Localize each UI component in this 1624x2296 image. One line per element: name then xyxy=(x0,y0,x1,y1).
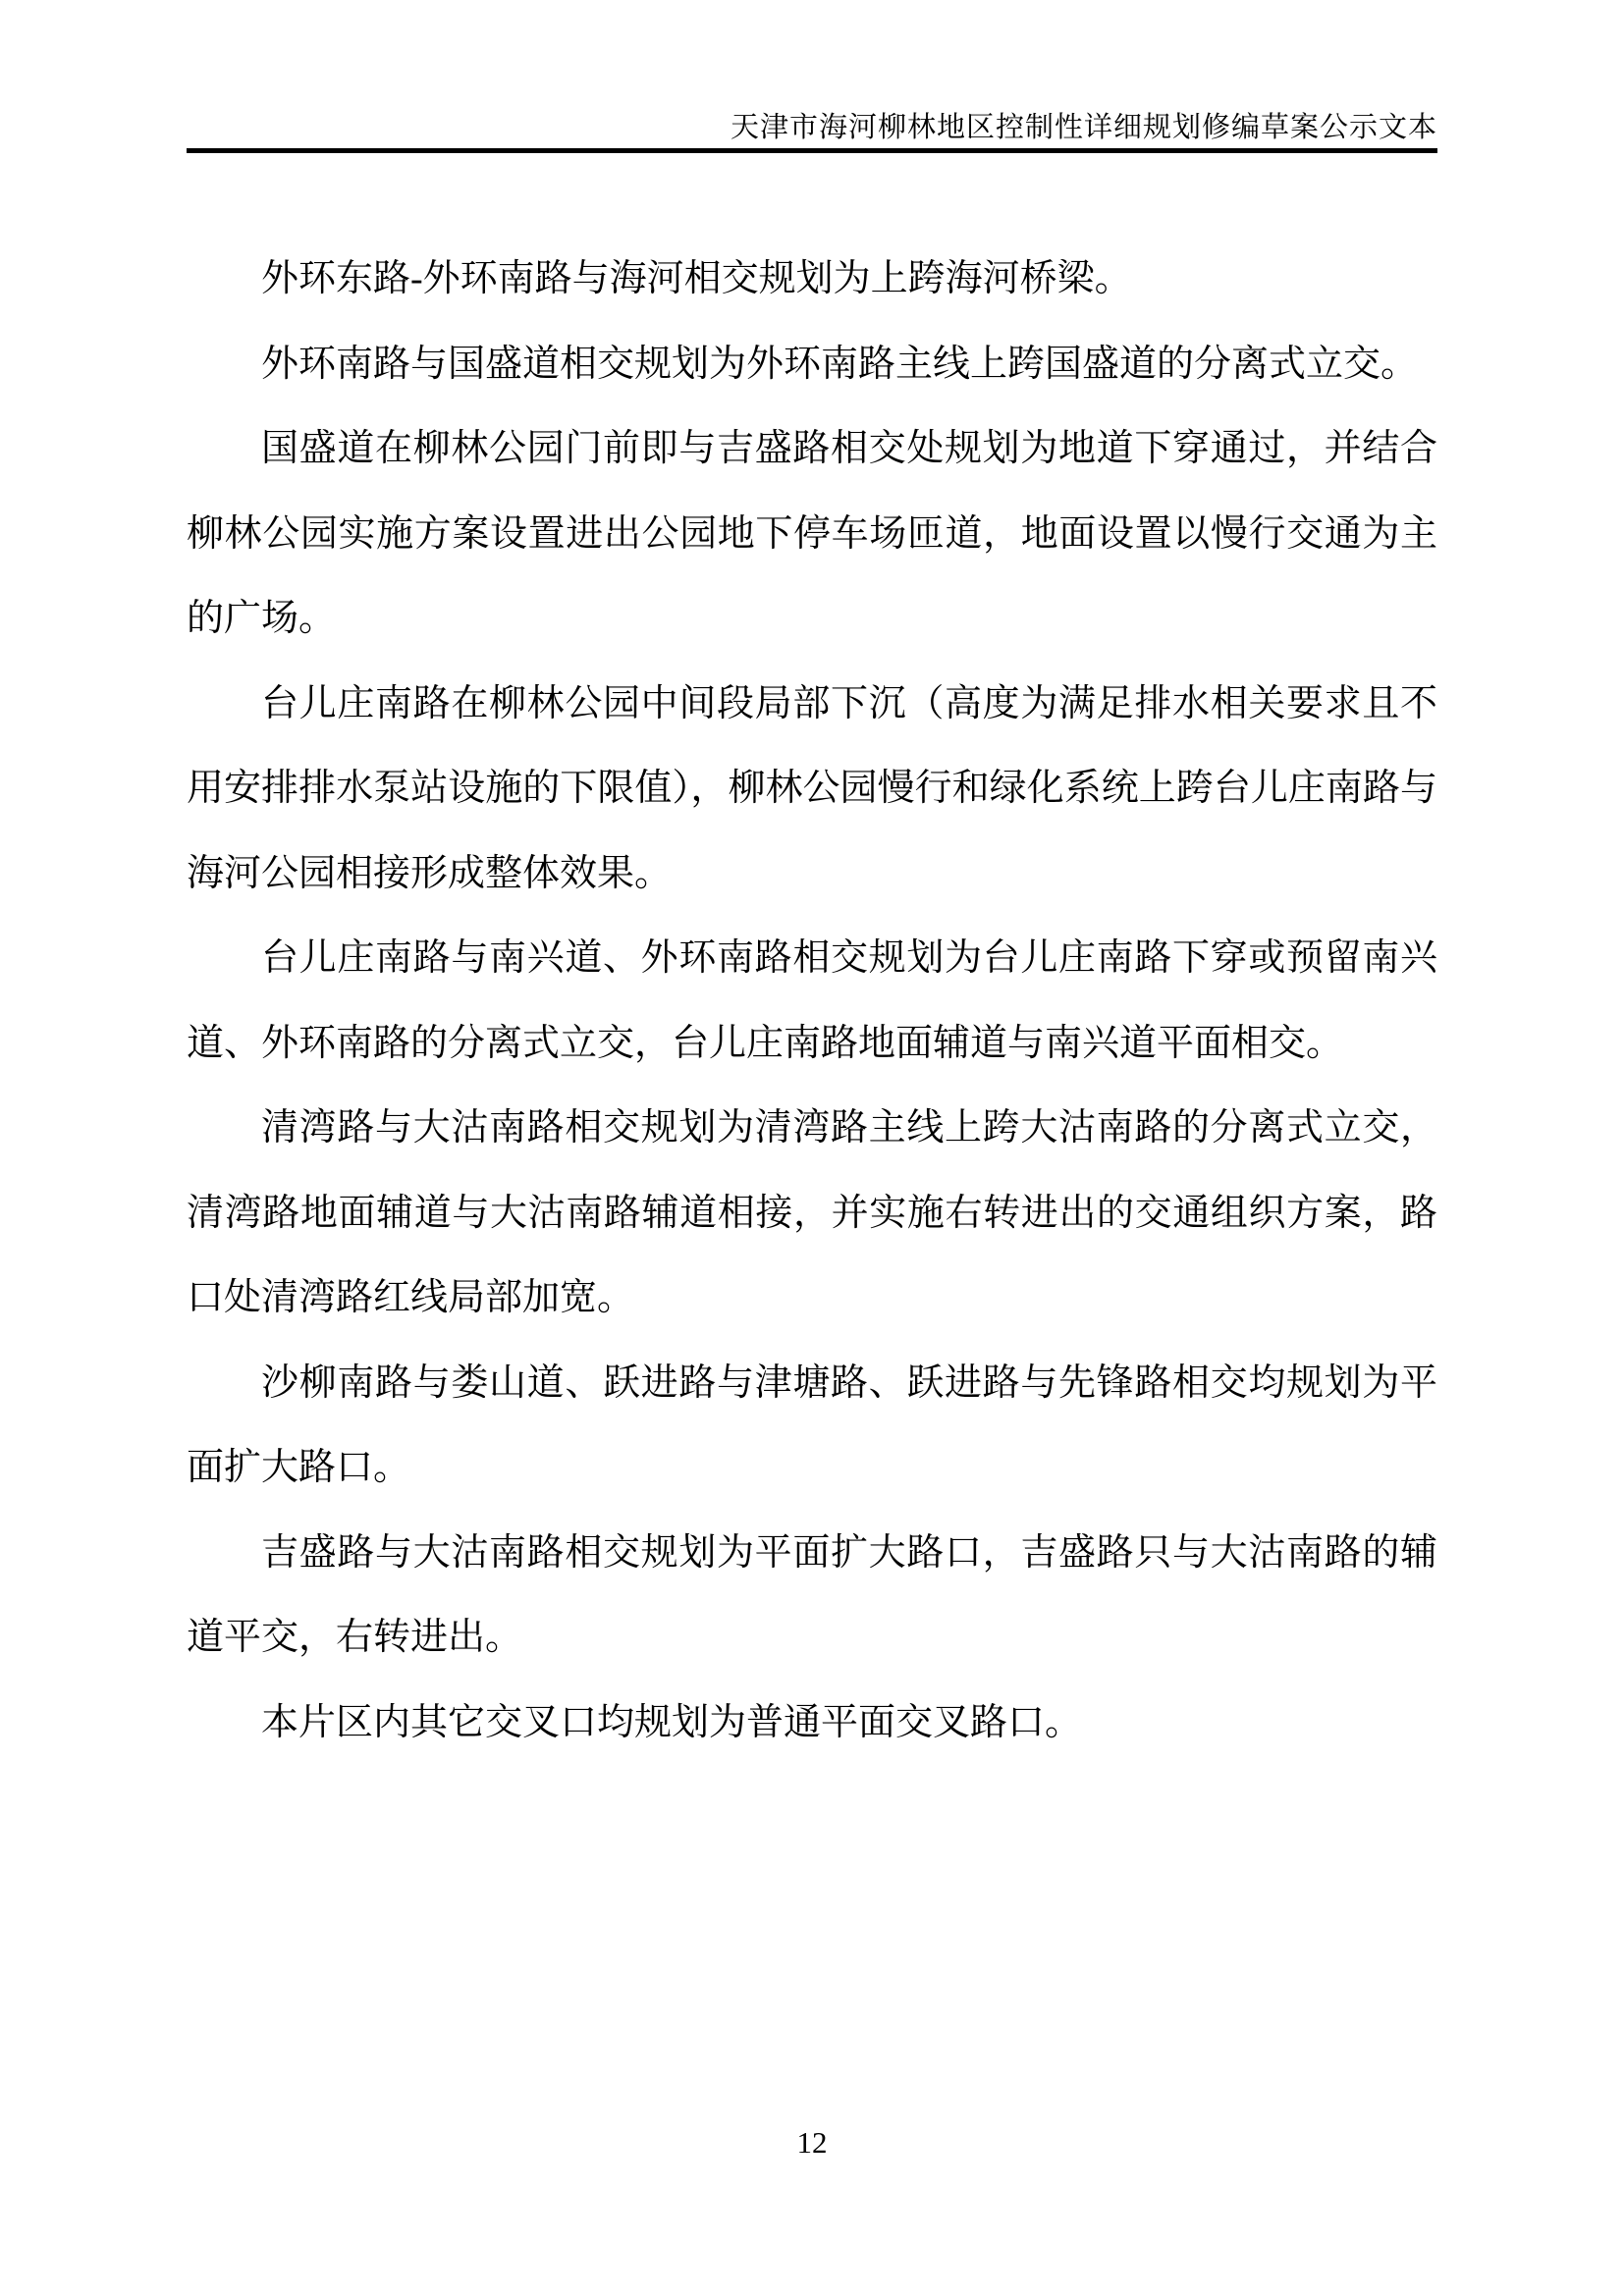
body-paragraph: 台儿庄南路在柳林公园中间段局部下沉（高度为满足排水相关要求且不用安排排水泵站设施… xyxy=(187,662,1437,917)
document-page: 天津市海河柳林地区控制性详细规划修编草案公示文本 外环东路-外环南路与海河相交规… xyxy=(0,0,1624,2296)
page-number: 12 xyxy=(0,2123,1624,2163)
header-rule xyxy=(187,148,1437,153)
body-paragraph: 本片区内其它交叉口均规划为普通平面交叉路口。 xyxy=(187,1681,1437,1766)
body-paragraph: 外环东路-外环南路与海河相交规划为上跨海河桥梁。 xyxy=(187,237,1437,322)
page-header-title: 天津市海河柳林地区控制性详细规划修编草案公示文本 xyxy=(187,108,1437,147)
body-paragraph: 台儿庄南路与南兴道、外环南路相交规划为台儿庄南路下穿或预留南兴道、外环南路的分离… xyxy=(187,916,1437,1086)
body-paragraph: 外环南路与国盛道相交规划为外环南路主线上跨国盛道的分离式立交。 xyxy=(187,322,1437,407)
document-body: 外环东路-外环南路与海河相交规划为上跨海河桥梁。 外环南路与国盛道相交规划为外环… xyxy=(187,237,1437,1765)
body-paragraph: 清湾路与大沽南路相交规划为清湾路主线上跨大沽南路的分离式立交，清湾路地面辅道与大… xyxy=(187,1086,1437,1341)
body-paragraph: 国盛道在柳林公园门前即与吉盛路相交处规划为地道下穿通过，并结合柳林公园实施方案设… xyxy=(187,406,1437,662)
body-paragraph: 沙柳南路与娄山道、跃进路与津塘路、跃进路与先锋路相交均规划为平面扩大路口。 xyxy=(187,1341,1437,1511)
body-paragraph: 吉盛路与大沽南路相交规划为平面扩大路口，吉盛路只与大沽南路的辅道平交，右转进出。 xyxy=(187,1511,1437,1681)
